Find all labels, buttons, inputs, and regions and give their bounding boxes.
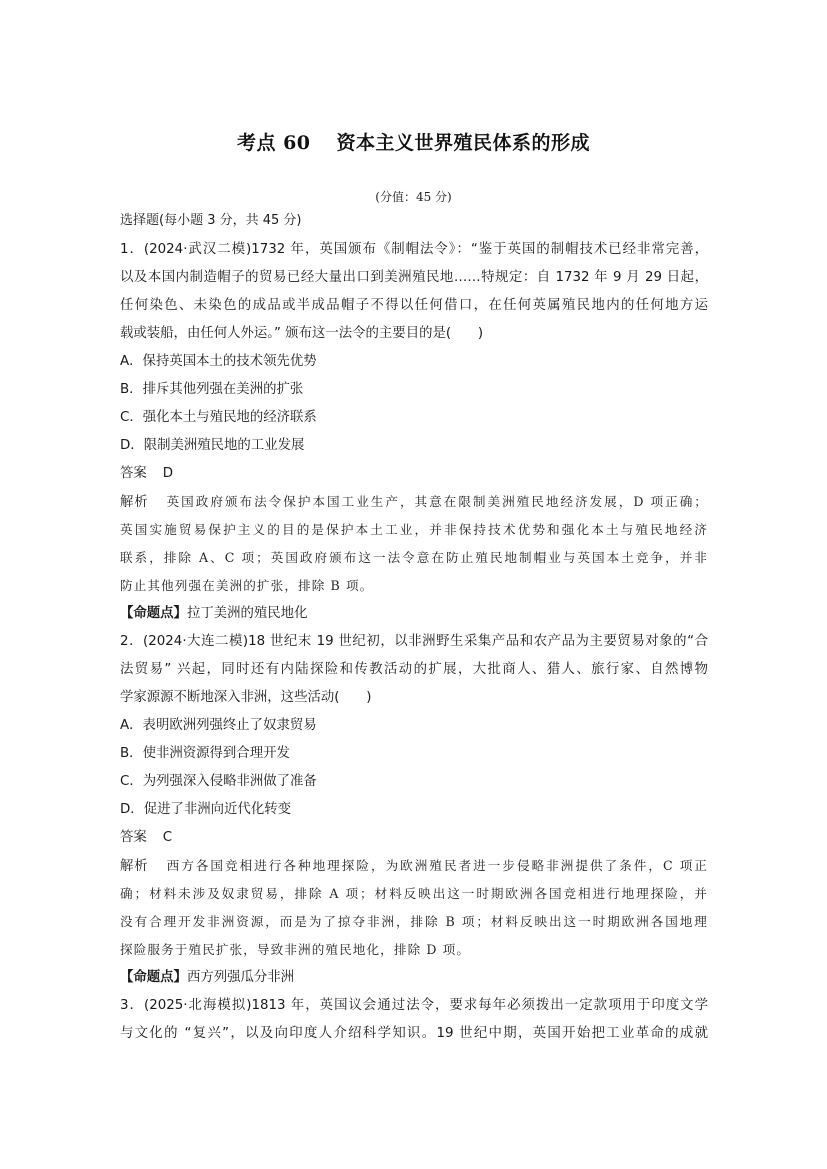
answer-row: 答案D — [120, 460, 708, 488]
option-a: A．保持英国本土的技术领先优势 — [120, 348, 708, 376]
score-info: (分值：45 分) — [0, 188, 827, 205]
title-number: 考点 60 — [237, 132, 311, 154]
page-title: 考点 60资本主义世界殖民体系的形成 — [0, 128, 827, 155]
analysis-line: 解析西方各国竞相进行各种地理探险，为欧洲殖民者进一步侵略非洲提供了条件，C 项正 — [120, 852, 708, 880]
question-stem-line: 载或装船，由任何人外运。” 颁布这一法令的主要目的是( ) — [120, 320, 708, 348]
option-d: D．促进了非洲向近代化转变 — [120, 796, 708, 824]
content-body: 选择题(每小题 3 分，共 45 分) 1．(2024·武汉二模)1732 年，… — [120, 210, 708, 1048]
title-text: 资本主义世界殖民体系的形成 — [337, 132, 591, 154]
analysis-line: 英国实施贸易保护主义的目的是保护本土工业，并非保持技术优势和强化本土与殖民地经济 — [120, 516, 708, 544]
answer-label: 答案 — [120, 830, 147, 845]
analysis-line: 没有合理开发非洲资源，而是为了掠夺非洲，排除 B 项；材料反映出这一时期欧洲各国… — [120, 908, 708, 936]
question-stem-line: 2．(2024·大连二模)18 世纪末 19 世纪初，以非洲野生采集产品和农产品… — [120, 628, 708, 656]
answer-value: C — [163, 830, 172, 845]
section-heading: 选择题(每小题 3 分，共 45 分) — [120, 210, 708, 232]
question-stem-line: 任何染色、未染色的成品或半成品帽子不得以任何借口，在任何英属殖民地内的任何地方运 — [120, 292, 708, 320]
answer-row: 答案C — [120, 824, 708, 852]
question-stem-line: 以及本国内制造帽子的贸易已经大量出口到美洲殖民地……特规定：自 1732 年 9… — [120, 264, 708, 292]
option-d: D．限制美洲殖民地的工业发展 — [120, 432, 708, 460]
option-b: B．使非洲资源得到合理开发 — [120, 740, 708, 768]
analysis-text: 英国政府颁布法令保护本国工业生产，其意在限制美洲殖民地经济发展，D 项正确； — [167, 494, 708, 509]
option-b: B．排斥其他列强在美洲的扩张 — [120, 376, 708, 404]
analysis-line: 联系，排除 A、C 项；英国政府颁布这一法令意在防止殖民地制帽业与英国本土竞争，… — [120, 544, 708, 572]
answer-value: D — [163, 466, 173, 481]
question-stem-line: 1．(2024·武汉二模)1732 年，英国颁布《制帽法令》：“鉴于英国的制帽技… — [120, 236, 708, 264]
topic-text: 拉丁美洲的殖民地化 — [187, 606, 308, 621]
topic-label: 【命题点】 — [120, 606, 187, 621]
question-1: 1．(2024·武汉二模)1732 年，英国颁布《制帽法令》：“鉴于英国的制帽技… — [120, 236, 708, 628]
question-stem-line: 学家源源不断地深入非洲，这些活动( ) — [120, 684, 708, 712]
topic-label: 【命题点】 — [120, 970, 187, 985]
answer-label: 答案 — [120, 466, 147, 481]
question-stem-line: 3．(2025·北海模拟)1813 年，英国议会通过法令，要求每年必须拨出一定款… — [120, 992, 708, 1020]
question-2: 2．(2024·大连二模)18 世纪末 19 世纪初，以非洲野生采集产品和农产品… — [120, 628, 708, 992]
analysis-label: 解析 — [120, 495, 149, 510]
document-page: 考点 60资本主义世界殖民体系的形成 (分值：45 分) 选择题(每小题 3 分… — [0, 0, 827, 1169]
option-c: C．强化本土与殖民地的经济联系 — [120, 404, 708, 432]
question-stem-line: 与文化的 “复兴”，以及向印度人介绍科学知识。19 世纪中期，英国开始把工业革命… — [120, 1020, 708, 1048]
topic-row: 【命题点】拉丁美洲的殖民地化 — [120, 600, 708, 628]
option-a: A．表明欧洲列强终止了奴隶贸易 — [120, 712, 708, 740]
topic-row: 【命题点】西方列强瓜分非洲 — [120, 964, 708, 992]
analysis-line: 探险服务于殖民扩张，导致非洲的殖民地化，排除 D 项。 — [120, 936, 708, 964]
topic-text: 西方列强瓜分非洲 — [187, 970, 294, 985]
analysis-line: 确；材料未涉及奴隶贸易，排除 A 项；材料反映出这一时期欧洲各国竞相进行地理探险… — [120, 880, 708, 908]
analysis-line: 防止其他列强在美洲的扩张，排除 B 项。 — [120, 572, 708, 600]
question-stem-line: 法贸易” 兴起，同时还有内陆探险和传教活动的扩展，大批商人、猎人、旅行家、自然博… — [120, 656, 708, 684]
analysis-line: 解析英国政府颁布法令保护本国工业生产，其意在限制美洲殖民地经济发展，D 项正确； — [120, 488, 708, 516]
analysis-text: 西方各国竞相进行各种地理探险，为欧洲殖民者进一步侵略非洲提供了条件，C 项正 — [167, 858, 708, 873]
option-c: C．为列强深入侵略非洲做了准备 — [120, 768, 708, 796]
question-3: 3．(2025·北海模拟)1813 年，英国议会通过法令，要求每年必须拨出一定款… — [120, 992, 708, 1048]
analysis-label: 解析 — [120, 859, 149, 874]
